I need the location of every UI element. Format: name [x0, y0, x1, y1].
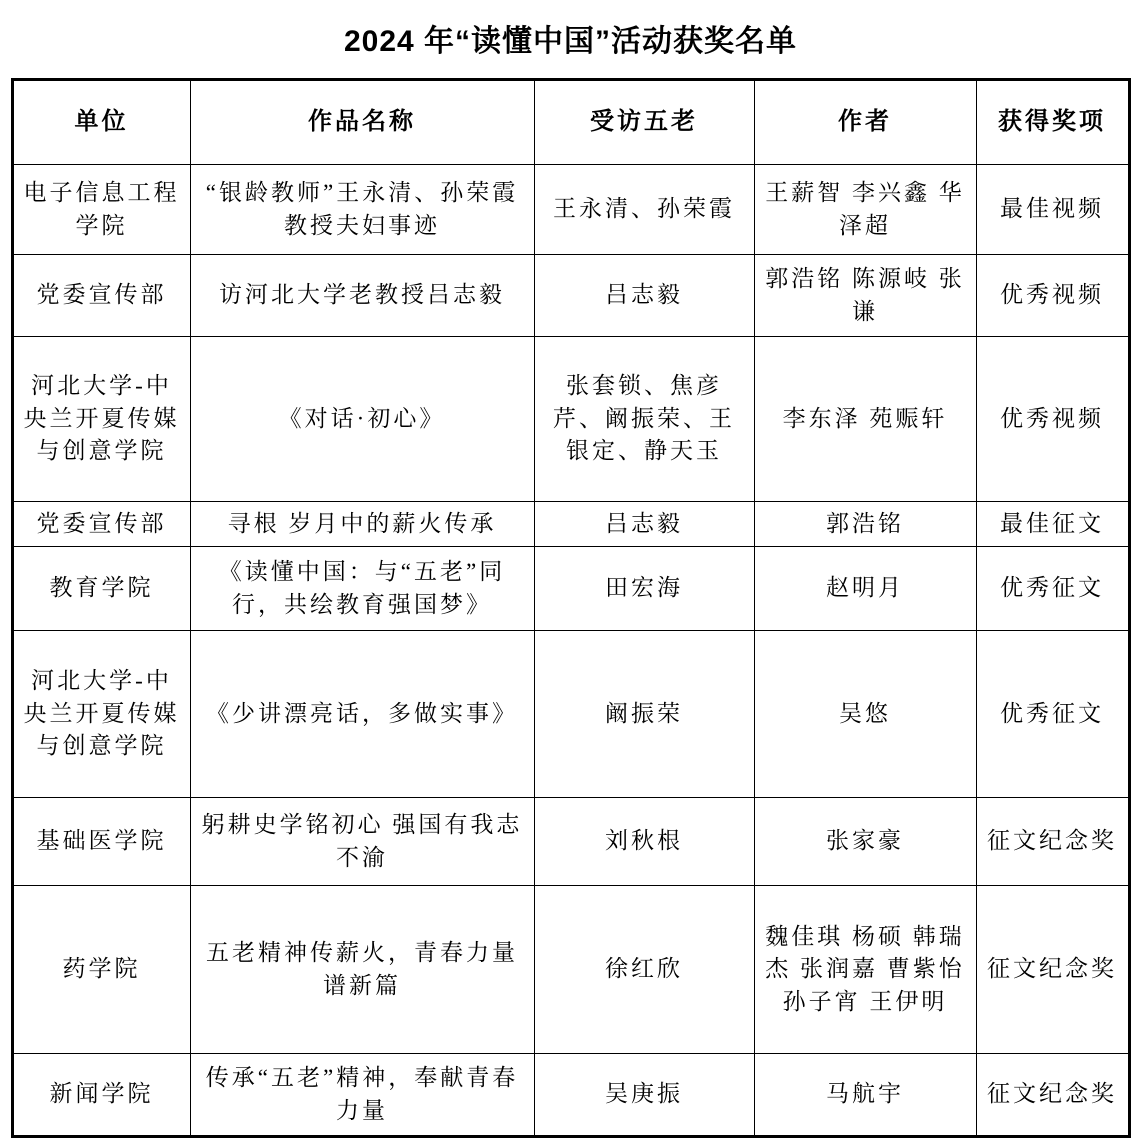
cell-unit: 河北大学-中央兰开夏传媒与创意学院 — [12, 631, 190, 798]
cell-work: 寻根 岁月中的薪火传承 — [190, 502, 534, 547]
column-header-authors: 作者 — [754, 80, 976, 165]
table-row: 党委宣传部访河北大学老教授吕志毅吕志毅郭浩铭 陈源岐 张谦优秀视频 — [12, 255, 1129, 337]
cell-work: 《对话·初心》 — [190, 337, 534, 502]
table-row: 教育学院《读懂中国：与“五老”同行，共绘教育强国梦》田宏海赵明月优秀征文 — [12, 547, 1129, 631]
cell-work: 躬耕史学铭初心 强国有我志不渝 — [190, 798, 534, 886]
table-header: 单位作品名称受访五老作者获得奖项 — [12, 80, 1129, 165]
column-header-elders: 受访五老 — [534, 80, 754, 165]
cell-elders: 徐红欣 — [534, 886, 754, 1054]
cell-authors: 吴悠 — [754, 631, 976, 798]
document-page: 2024 年“读懂中国”活动获奖名单 单位作品名称受访五老作者获得奖项 电子信息… — [0, 0, 1141, 1141]
table-row: 党委宣传部寻根 岁月中的薪火传承吕志毅郭浩铭最佳征文 — [12, 502, 1129, 547]
cell-unit: 新闻学院 — [12, 1054, 190, 1137]
cell-award: 优秀征文 — [976, 547, 1129, 631]
column-header-award: 获得奖项 — [976, 80, 1129, 165]
cell-unit: 基础医学院 — [12, 798, 190, 886]
table-row: 基础医学院躬耕史学铭初心 强国有我志不渝刘秋根张家豪征文纪念奖 — [12, 798, 1129, 886]
cell-work: 五老精神传薪火，青春力量谱新篇 — [190, 886, 534, 1054]
cell-work: 访河北大学老教授吕志毅 — [190, 255, 534, 337]
cell-award: 优秀视频 — [976, 255, 1129, 337]
cell-authors: 郭浩铭 — [754, 502, 976, 547]
table-row: 河北大学-中央兰开夏传媒与创意学院《对话·初心》张套锁、焦彦芹、阚振荣、王银定、… — [12, 337, 1129, 502]
cell-elders: 阚振荣 — [534, 631, 754, 798]
table-row: 电子信息工程学院“银龄教师”王永清、孙荣霞教授夫妇事迹王永清、孙荣霞王薪智 李兴… — [12, 165, 1129, 255]
cell-award: 最佳征文 — [976, 502, 1129, 547]
table-row: 河北大学-中央兰开夏传媒与创意学院《少讲漂亮话，多做实事》阚振荣吴悠优秀征文 — [12, 631, 1129, 798]
cell-work: 《少讲漂亮话，多做实事》 — [190, 631, 534, 798]
cell-unit: 电子信息工程学院 — [12, 165, 190, 255]
cell-award: 征文纪念奖 — [976, 798, 1129, 886]
cell-work: 传承“五老”精神，奉献青春力量 — [190, 1054, 534, 1137]
table-row: 新闻学院传承“五老”精神，奉献青春力量吴庚振马航宇征文纪念奖 — [12, 1054, 1129, 1137]
header-row: 单位作品名称受访五老作者获得奖项 — [12, 80, 1129, 165]
cell-authors: 张家豪 — [754, 798, 976, 886]
cell-unit: 教育学院 — [12, 547, 190, 631]
column-header-work: 作品名称 — [190, 80, 534, 165]
cell-award: 征文纪念奖 — [976, 1054, 1129, 1137]
cell-work: “银龄教师”王永清、孙荣霞教授夫妇事迹 — [190, 165, 534, 255]
table-body: 电子信息工程学院“银龄教师”王永清、孙荣霞教授夫妇事迹王永清、孙荣霞王薪智 李兴… — [12, 165, 1129, 1137]
cell-elders: 王永清、孙荣霞 — [534, 165, 754, 255]
cell-authors: 赵明月 — [754, 547, 976, 631]
table-row: 药学院五老精神传薪火，青春力量谱新篇徐红欣魏佳琪 杨硕 韩瑞杰 张润嘉 曹紫怡 … — [12, 886, 1129, 1054]
page-title: 2024 年“读懂中国”活动获奖名单 — [0, 0, 1141, 60]
cell-elders: 吴庚振 — [534, 1054, 754, 1137]
cell-authors: 王薪智 李兴鑫 华泽超 — [754, 165, 976, 255]
cell-award: 优秀视频 — [976, 337, 1129, 502]
cell-authors: 魏佳琪 杨硕 韩瑞杰 张润嘉 曹紫怡 孙子宵 王伊明 — [754, 886, 976, 1054]
cell-elders: 田宏海 — [534, 547, 754, 631]
cell-work: 《读懂中国：与“五老”同行，共绘教育强国梦》 — [190, 547, 534, 631]
cell-unit: 党委宣传部 — [12, 502, 190, 547]
cell-award: 征文纪念奖 — [976, 886, 1129, 1054]
cell-elders: 吕志毅 — [534, 255, 754, 337]
cell-authors: 李东泽 苑赈轩 — [754, 337, 976, 502]
award-table: 单位作品名称受访五老作者获得奖项 电子信息工程学院“银龄教师”王永清、孙荣霞教授… — [11, 78, 1131, 1138]
cell-unit: 党委宣传部 — [12, 255, 190, 337]
cell-elders: 吕志毅 — [534, 502, 754, 547]
cell-elders: 刘秋根 — [534, 798, 754, 886]
cell-unit: 河北大学-中央兰开夏传媒与创意学院 — [12, 337, 190, 502]
cell-authors: 郭浩铭 陈源岐 张谦 — [754, 255, 976, 337]
cell-award: 优秀征文 — [976, 631, 1129, 798]
cell-elders: 张套锁、焦彦芹、阚振荣、王银定、静天玉 — [534, 337, 754, 502]
cell-unit: 药学院 — [12, 886, 190, 1054]
cell-authors: 马航宇 — [754, 1054, 976, 1137]
cell-award: 最佳视频 — [976, 165, 1129, 255]
column-header-unit: 单位 — [12, 80, 190, 165]
